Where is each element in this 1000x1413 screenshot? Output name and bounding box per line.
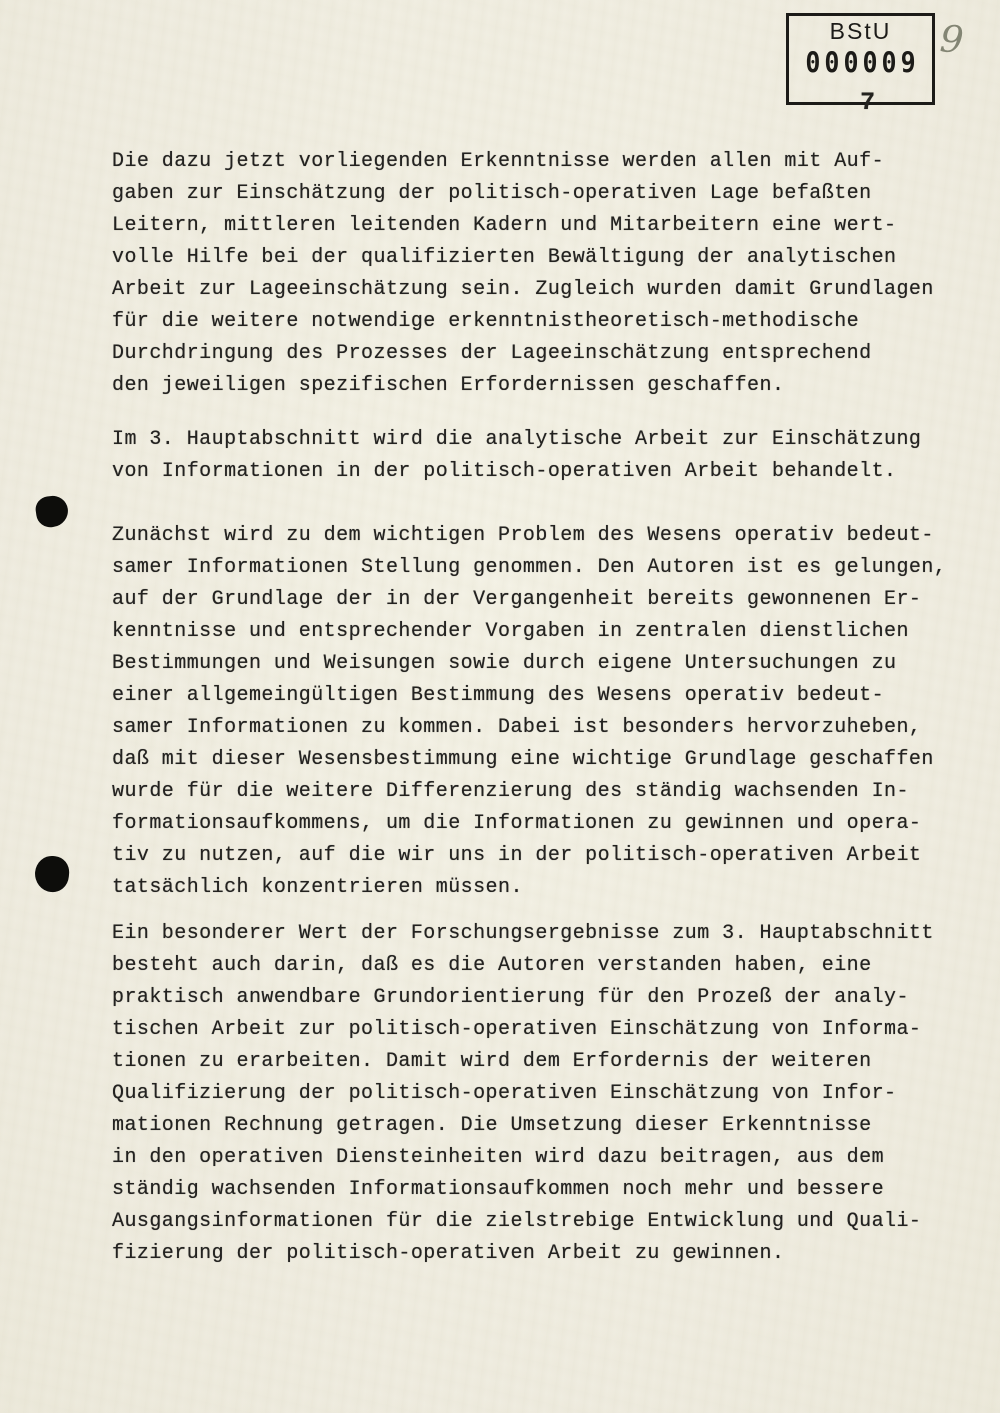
- scanned-page-background: BStU 000009 7 9 Die dazu jetzt vorliegen…: [0, 0, 1000, 1413]
- archive-stamp: BStU 000009 7: [786, 13, 935, 105]
- hole-punch-mark: [34, 494, 70, 529]
- hole-punch-mark: [33, 855, 70, 894]
- paragraph: Im 3. Hauptabschnitt wird die analytisch…: [112, 424, 952, 488]
- handwritten-annotation: 9: [939, 17, 965, 62]
- paragraph: Ein besonderer Wert der Forschungsergebn…: [112, 918, 952, 1270]
- stamp-org-label: BStU: [789, 18, 932, 45]
- stamp-serial-number: 000009: [789, 46, 932, 79]
- page-number: 7: [860, 88, 875, 117]
- paragraph: Zunächst wird zu dem wichtigen Problem d…: [112, 520, 952, 904]
- paragraph: Die dazu jetzt vorliegenden Erkenntnisse…: [112, 146, 952, 402]
